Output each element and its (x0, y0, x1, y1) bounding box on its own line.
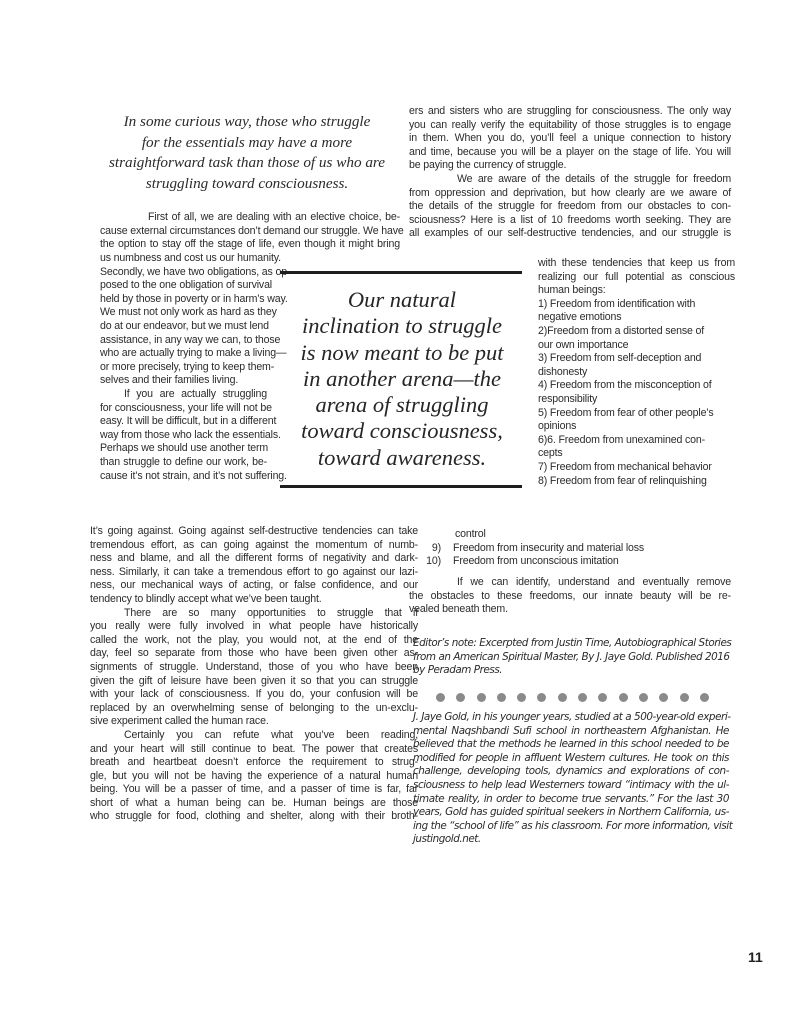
body-line: you can really verify the equitability o… (409, 119, 731, 133)
body-line: sive experiment called the human race. (90, 715, 418, 729)
list-item: 2)Freedom from a distorted sense of (538, 325, 735, 339)
dot-icon (436, 693, 445, 702)
intro-quote-line: straightforward task than those of us wh… (92, 153, 402, 174)
body-line: in them. When you do, you’ll feel a uniq… (409, 132, 731, 146)
list-item: 1) Freedom from identification with (538, 298, 735, 312)
body-line: called the work, not the play, you would… (90, 634, 418, 648)
pull-quote-line: in another arena—the (280, 366, 524, 392)
dot-icon (497, 693, 506, 702)
body-line: We must not only work as hard as they (100, 306, 267, 320)
list-item-text: Freedom from unconscious imitation (453, 555, 619, 567)
bio-line: modified for people in affluent Western … (413, 752, 729, 766)
body-line: assistance, in any way we can, to those (100, 334, 267, 348)
body-line: replaced by an overwhelming sense of bel… (90, 702, 418, 716)
body-line: than struggle to define our work, be- (100, 456, 267, 470)
body-line: held by those in poverty or in harm’s wa… (100, 293, 267, 307)
body-line: sciousness? Here is a list of 10 freedom… (409, 214, 731, 228)
pull-quote-line: toward consciousness, (280, 418, 524, 444)
list-item: 8) Freedom from fear of relinquishing (538, 475, 735, 489)
body-line: who struggle for food, clothing and shel… (90, 810, 418, 824)
intro-quote: In some curious way, those who struggle … (92, 112, 402, 194)
body-line: ness. Similarly, it can take a tremendou… (90, 566, 418, 580)
body-line: us numbness and cost us our humanity. (100, 252, 267, 266)
body-line: realizing our full potential as consciou… (538, 271, 735, 285)
list-item: 9)Freedom from insecurity and material l… (415, 542, 735, 556)
editors-note-line: Editor’s note: Excerpted from Justin Tim… (413, 637, 729, 651)
body-line: way from those who lack the essentials. (100, 429, 267, 443)
list-item: control (415, 528, 735, 542)
editors-note-line: by Peradam Press. (413, 664, 729, 678)
body-line: be paying the currency of struggle. (409, 159, 731, 173)
right-column-top: ers and sisters who are struggling for c… (409, 105, 731, 241)
body-line: and time, because you will be a player o… (409, 146, 731, 160)
bio-line: years, Gold has guided spiritual seekers… (413, 806, 729, 820)
page-number: 11 (748, 949, 763, 965)
dot-icon (598, 693, 607, 702)
left-column-bottom: It’s going against. Going against self-d… (100, 525, 418, 824)
body-line: do at our endeavor, but we must lend (100, 320, 267, 334)
dot-icon (639, 693, 648, 702)
list-item-number: 9) (415, 542, 441, 556)
list-item: 3) Freedom from self-deception and (538, 352, 735, 366)
body-line: the option to stay off the stage of life… (100, 238, 400, 252)
list-item-number: 10) (415, 555, 441, 569)
intro-quote-line: In some curious way, those who struggle (92, 112, 402, 133)
left-column-top: First of all, we are dealing with an ele… (100, 211, 400, 252)
body-line: ers and sisters who are struggling for c… (409, 105, 731, 119)
bio-line: J. Jaye Gold, in his younger years, stud… (413, 711, 729, 725)
editors-note: Editor’s note: Excerpted from Justin Tim… (413, 637, 729, 678)
list-item: opinions (538, 420, 735, 434)
body-line: the obstacles to these freedoms, our inn… (409, 590, 731, 604)
dot-icon (456, 693, 465, 702)
pull-quote-line: toward awareness. (280, 445, 524, 471)
list-item: 6)6. Freedom from unexamined con- (538, 434, 735, 448)
dot-icon (537, 693, 546, 702)
list-item: 5) Freedom from fear of other people’s (538, 407, 735, 421)
bio-line: justingold.net. (413, 833, 729, 847)
dot-icon (578, 693, 587, 702)
bio-line: believed that the methods he learned in … (413, 738, 729, 752)
pull-quote: Our natural inclination to struggle is n… (280, 271, 524, 488)
body-line: short of what a human being can be. Huma… (90, 797, 418, 811)
list-item-text: Freedom from insecurity and material los… (453, 542, 644, 554)
body-line: breath and heartbeat doesn’t enforce the… (90, 756, 418, 770)
intro-quote-line: for the essentials may have a more (92, 133, 402, 154)
dot-icon (558, 693, 567, 702)
list-item: responsibility (538, 393, 735, 407)
body-line: If we can identify, understand and event… (409, 576, 731, 590)
list-item: negative emotions (538, 311, 735, 325)
bio-line: timate reality, in order to become true … (413, 793, 729, 807)
pull-quote-line: inclination to struggle (280, 313, 524, 339)
intro-quote-line: struggling toward consciousness. (92, 174, 402, 195)
body-line: with your lack of consciousness. If you … (90, 688, 418, 702)
body-line: selves and their families living. (100, 374, 267, 388)
list-item: 7) Freedom from mechanical behavior (538, 461, 735, 475)
editors-note-line: from an American Spiritual Master, By J.… (413, 651, 729, 665)
dot-icon (700, 693, 709, 702)
pull-quote-bottom-rule (280, 485, 522, 488)
body-line: There are so many opportunities to strug… (90, 607, 418, 621)
body-line: you really were fully involved in what p… (90, 620, 418, 634)
pull-quote-text: Our natural inclination to struggle is n… (280, 274, 524, 485)
list-item: our own importance (538, 339, 735, 353)
author-bio: J. Jaye Gold, in his younger years, stud… (413, 711, 729, 847)
list-item: dishonesty (538, 366, 735, 380)
body-line: human beings: (538, 284, 735, 298)
body-line: It’s going against. Going against self-d… (90, 525, 418, 539)
body-line: First of all, we are dealing with an ele… (100, 211, 400, 225)
list-item: 4) Freedom from the misconception of (538, 379, 735, 393)
list-item: cepts (538, 447, 735, 461)
bio-line: ing the “school of life” as his classroo… (413, 820, 729, 834)
body-line: Certainly you can refute what you’ve bee… (90, 729, 418, 743)
body-line: given the gift of leisure have been give… (90, 675, 418, 689)
dot-icon (680, 693, 689, 702)
freedoms-list: with these tendencies that keep us from … (538, 257, 735, 488)
closing-paragraph: If we can identify, understand and event… (409, 576, 731, 617)
body-line: or more precisely, trying to keep them- (100, 361, 267, 375)
dot-icon (517, 693, 526, 702)
body-line: cause it’s not strain, and it’s not suff… (100, 470, 267, 484)
dot-icon (619, 693, 628, 702)
body-line: Secondly, we have two obligations, as op… (100, 266, 267, 280)
bio-line: mental Naqshbandi Sufi school in northea… (413, 725, 729, 739)
body-line: with these tendencies that keep us from (538, 257, 735, 271)
body-line: ness, our mechanical ways of acting, or … (90, 579, 418, 593)
dot-icon (659, 693, 668, 702)
body-line: easy. It will be difficult, but in a dif… (100, 415, 267, 429)
body-line: ness and blame, and all the different fo… (90, 552, 418, 566)
body-line: Perhaps we should use another term (100, 442, 267, 456)
body-line: all examples of our self-destructive ten… (409, 227, 731, 241)
body-line: tendency to blindly accept what we’ve be… (90, 593, 418, 607)
bio-line: challenge, developing tools, dynamics an… (413, 765, 729, 779)
dot-icon (477, 693, 486, 702)
list-item: 10)Freedom from unconscious imitation (415, 555, 735, 569)
body-line: gle, but you will not be having the expe… (90, 770, 418, 784)
body-line: for consciousness, your life will not be (100, 402, 267, 416)
body-line: who are actually trying to make a living… (100, 347, 267, 361)
body-line: signments of struggle. Understand, those… (90, 661, 418, 675)
body-line: If you are actually struggling (100, 388, 267, 402)
bio-line: sciousness to help lead Westerners towar… (413, 779, 729, 793)
pull-quote-line: is now meant to be put (280, 340, 524, 366)
body-line: being. You will be a passer of time, and… (90, 783, 418, 797)
body-line: cause external circumstances don’t deman… (100, 225, 400, 239)
body-line: vealed beneath them. (409, 603, 731, 617)
body-line: day, feel so separate from those who hav… (90, 647, 418, 661)
body-line: tremendous effort, as can going against … (90, 539, 418, 553)
freedoms-list-tail: control 9)Freedom from insecurity and ma… (415, 528, 735, 569)
body-line: and your heart will still continue to be… (90, 743, 418, 757)
dot-separator (436, 693, 709, 702)
body-line: posed to the one obligation of survival (100, 279, 267, 293)
pull-quote-line: Our natural (280, 287, 524, 313)
left-column-narrow: us numbness and cost us our humanity. Se… (100, 252, 267, 483)
body-line: We are aware of the details of the strug… (409, 173, 731, 187)
body-line: the details of the struggle for freedom … (409, 200, 731, 214)
body-line: from oppression and deprivation, but how… (409, 187, 731, 201)
pull-quote-line: arena of struggling (280, 392, 524, 418)
